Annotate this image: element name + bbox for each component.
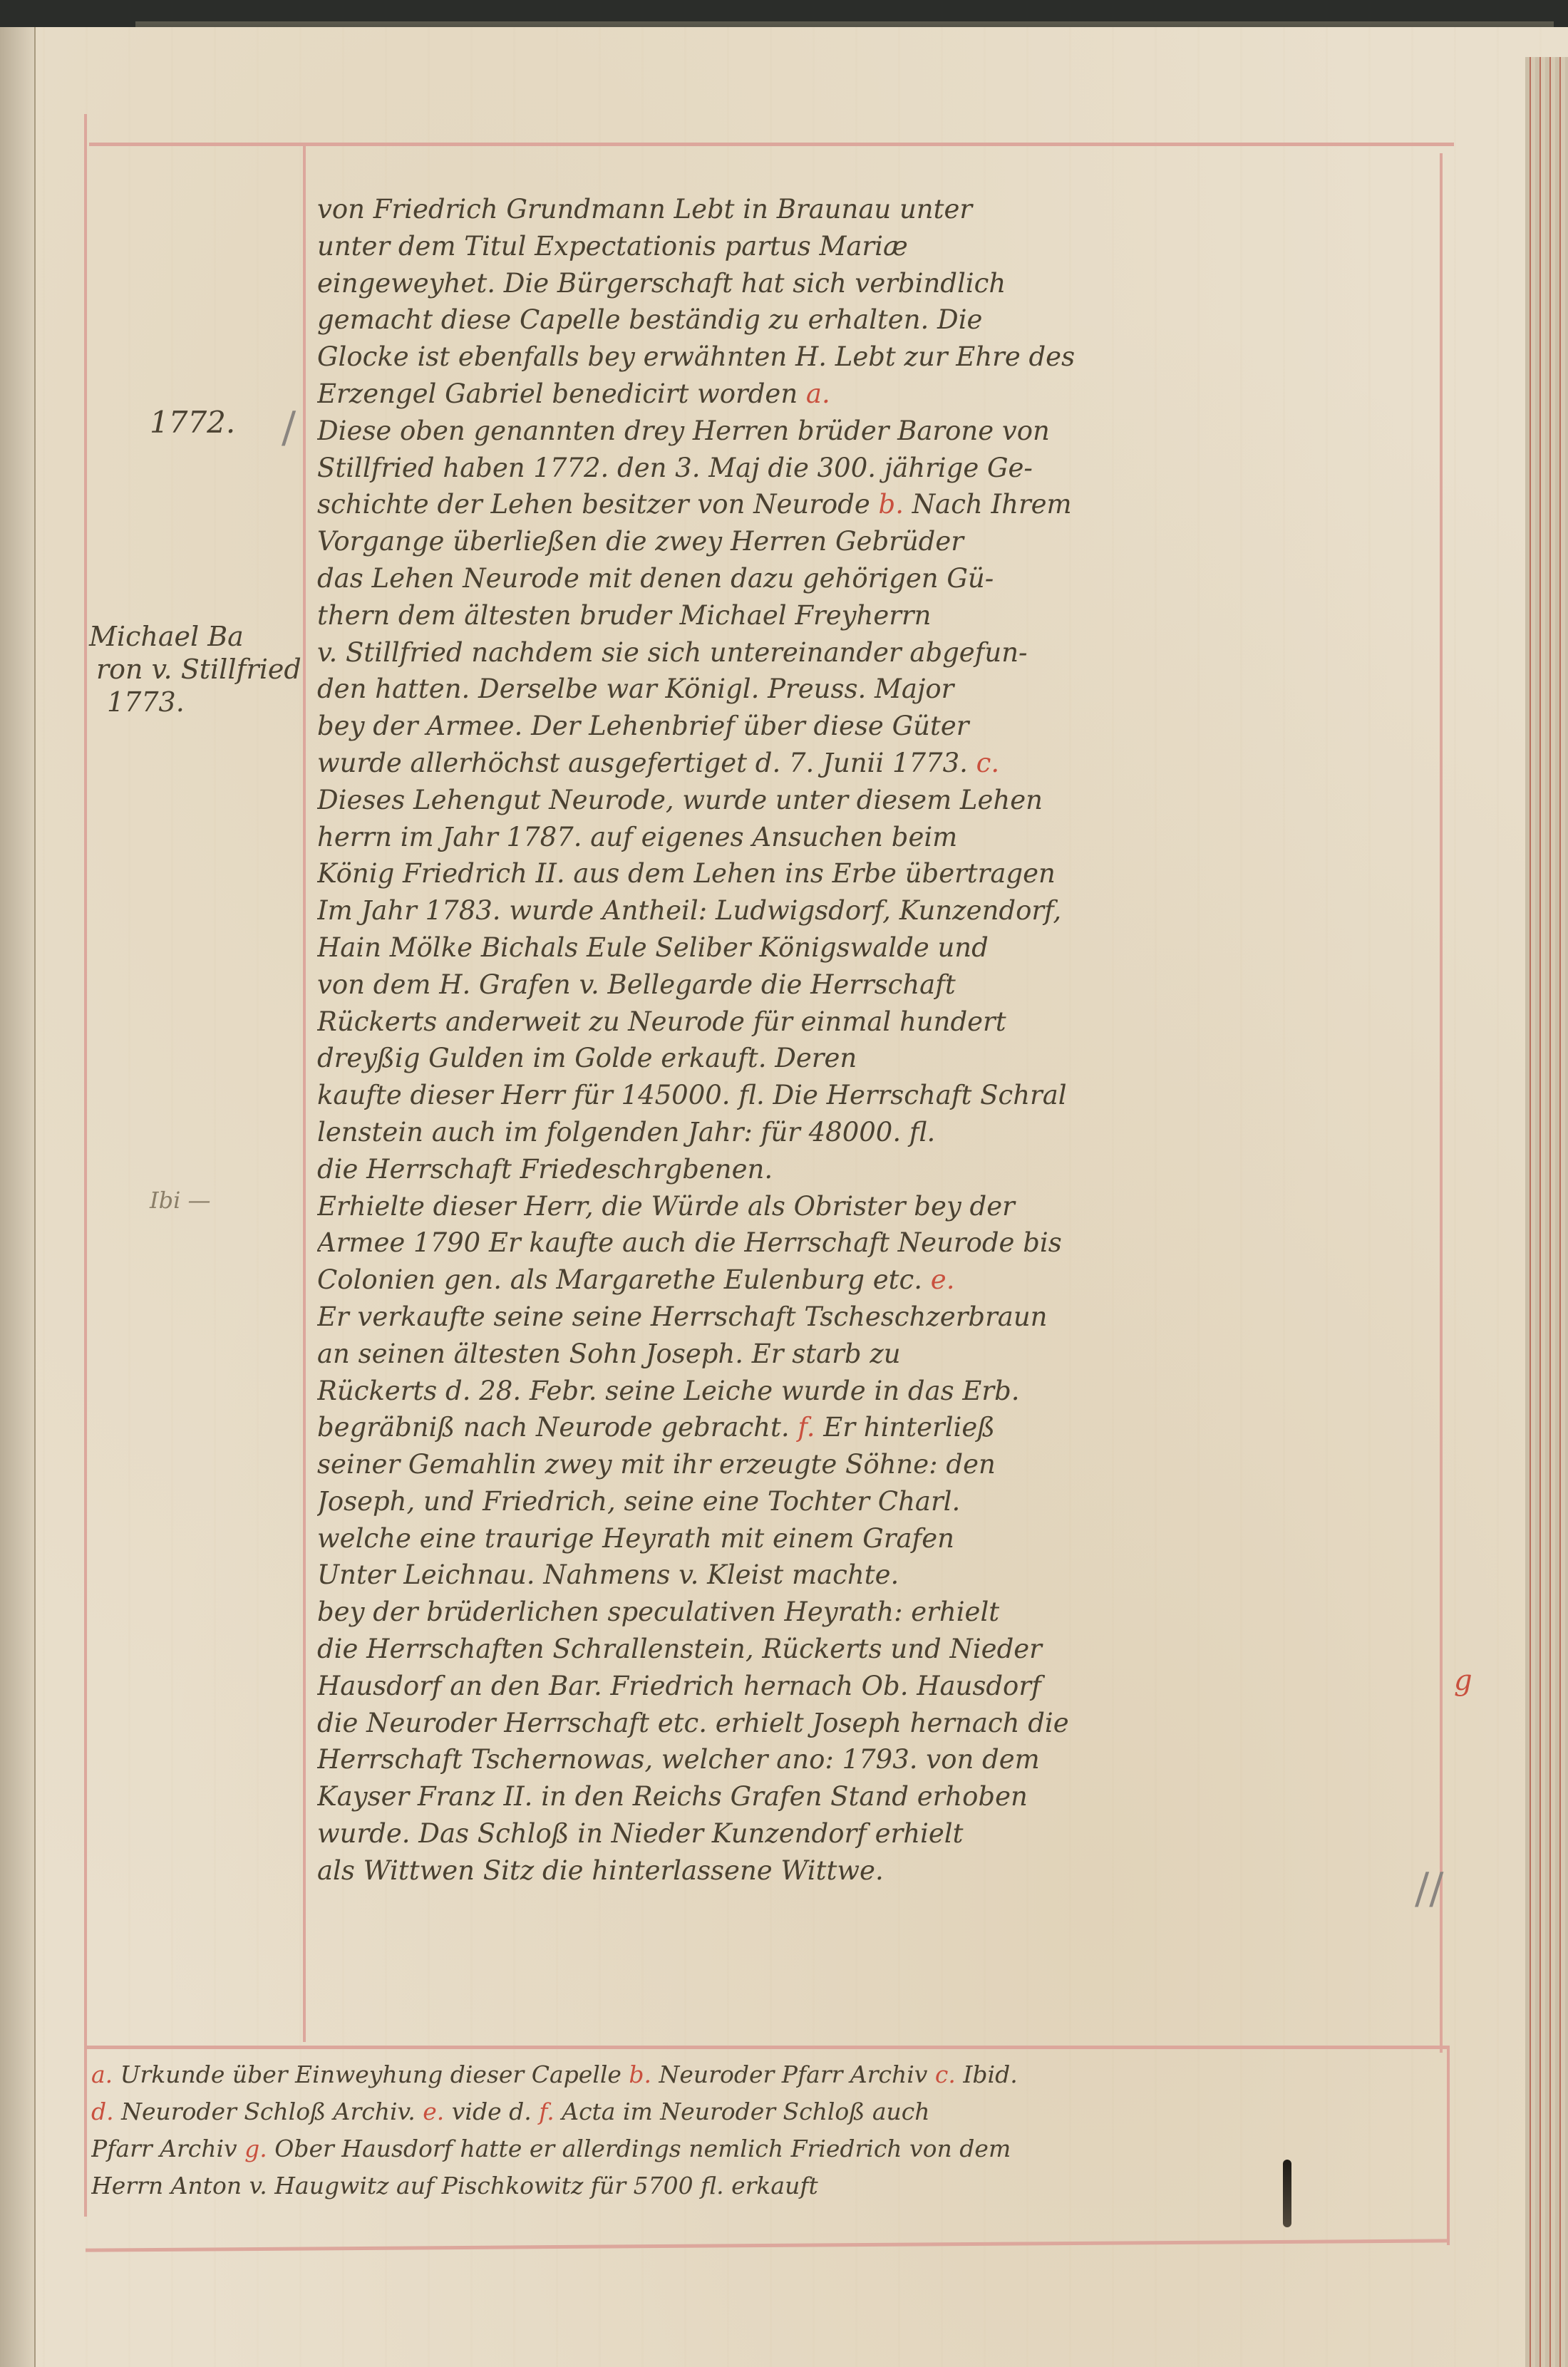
line-text: kaufte dieser Herr für 145000. fl. Die H… xyxy=(317,1080,1067,1110)
footnote-ref-e: e. xyxy=(922,1264,954,1295)
line-text: thern dem ältesten bruder Michael Freyhe… xyxy=(317,600,931,631)
manuscript-line: lenstein auch im folgenden Jahr: für 480… xyxy=(317,1114,1429,1151)
manuscript-line: Diese oben genannten drey Herren brüder … xyxy=(317,413,1429,450)
footnote-text: Herrn Anton v. Haugwitz auf Pischkowitz … xyxy=(91,2172,818,2200)
margin-michael-line-3: 1773. xyxy=(89,686,301,718)
manuscript-line: Rückerts d. 28. Febr. seine Leiche wurde… xyxy=(317,1373,1429,1410)
footnotes-block: a. Urkunde über Einweyhung dieser Capell… xyxy=(91,2056,1431,2204)
manuscript-line: Erhielte dieser Herr, die Würde als Obri… xyxy=(317,1188,1429,1225)
footnote-ref-f: f. xyxy=(790,1412,815,1443)
footnote-line: Herrn Anton v. Haugwitz auf Pischkowitz … xyxy=(91,2167,1431,2204)
line-text: Er verkaufte seine seine Herrschaft Tsch… xyxy=(317,1301,1047,1332)
manuscript-line: Kayser Franz II. in den Reichs Grafen St… xyxy=(317,1778,1429,1815)
manuscript-line: von Friedrich Grundmann Lebt in Braunau … xyxy=(317,191,1429,228)
line-text: wurde. Das Schloß in Nieder Kunzendorf e… xyxy=(317,1818,963,1849)
manuscript-line: wurde allerhöchst ausgefertiget d. 7. Ju… xyxy=(317,745,1429,782)
footnote-text: Neuroder Schloß Archiv. xyxy=(121,2098,423,2125)
manuscript-line: seiner Gemahlin zwey mit ihr erzeugte Sö… xyxy=(317,1446,1429,1483)
left-outer-ruling xyxy=(84,114,87,2217)
line-tail-text: Nach Ihrem xyxy=(904,489,1072,520)
line-text: Diese oben genannten drey Herren brüder … xyxy=(317,416,1050,446)
line-text: seiner Gemahlin zwey mit ihr erzeugte Sö… xyxy=(317,1449,996,1480)
footnote-ref-c: c. xyxy=(968,748,999,778)
footnote-line: a. Urkunde über Einweyhung dieser Capell… xyxy=(91,2056,1431,2093)
manuscript-line: Erzengel Gabriel benedicirt worden a. xyxy=(317,376,1429,413)
line-text: den hatten. Derselbe war Königl. Preuss.… xyxy=(317,674,954,704)
line-text: Hain Mölke Bichals Eule Seliber Königswa… xyxy=(317,932,989,963)
line-text: Im Jahr 1783. wurde Antheil: Ludwigsdorf… xyxy=(317,895,1061,926)
margin-michael-line-2: ron v. Stillfried xyxy=(89,653,301,686)
manuscript-line: eingeweyhet. Die Bürgerschaft hat sich v… xyxy=(317,265,1429,302)
footnote-marker-d: d. xyxy=(91,2098,121,2125)
line-text: Colonien gen. als Margarethe Eulenburg e… xyxy=(317,1264,922,1295)
manuscript-line: dreyßig Gulden im Golde erkauft. Deren xyxy=(317,1040,1429,1077)
footnote-text: Ibid. xyxy=(963,2061,1017,2088)
footnote-text: Urkunde über Einweyhung dieser Capelle xyxy=(120,2061,629,2088)
footnote-ref-a: a. xyxy=(798,378,830,409)
line-text: König Friedrich II. aus dem Lehen ins Er… xyxy=(317,858,1056,889)
line-text: v. Stillfried nachdem sie sich untereina… xyxy=(317,637,1028,668)
line-text: Joseph, und Friedrich, seine eine Tochte… xyxy=(317,1486,960,1517)
line-tail-text: Er hinterließ xyxy=(815,1412,995,1443)
manuscript-line: Im Jahr 1783. wurde Antheil: Ludwigsdorf… xyxy=(317,892,1429,929)
line-text: als Wittwen Sitz die hinterlassene Wittw… xyxy=(317,1855,884,1886)
manuscript-line: bey der Armee. Der Lehenbrief über diese… xyxy=(317,708,1429,745)
line-text: die Herrschaft Friedeschrgbenen. xyxy=(317,1154,773,1185)
manuscript-line: Colonien gen. als Margarethe Eulenburg e… xyxy=(317,1262,1429,1299)
footnote-marker-a: a. xyxy=(91,2061,120,2088)
footnote-marker-g: g. xyxy=(244,2135,274,2162)
manuscript-line: begräbniß nach Neurode gebracht. f. Er h… xyxy=(317,1409,1429,1446)
pencil-slash-mark: / xyxy=(282,403,296,453)
footnote-ref-b: b. xyxy=(870,489,904,520)
top-ruling xyxy=(89,143,1454,146)
line-text: dreyßig Gulden im Golde erkauft. Deren xyxy=(317,1043,857,1073)
line-text: das Lehen Neurode mit denen dazu gehörig… xyxy=(317,563,994,594)
line-text: Dieses Lehengut Neurode, wurde unter die… xyxy=(317,785,1043,815)
manuscript-line: thern dem ältesten bruder Michael Freyhe… xyxy=(317,597,1429,634)
line-text: wurde allerhöchst ausgefertiget d. 7. Ju… xyxy=(317,748,968,778)
right-column-ruling xyxy=(1440,153,1443,2053)
manuscript-line: schichte der Lehen besitzer von Neurode … xyxy=(317,486,1429,523)
manuscript-line: gemacht diese Capelle beständig zu erhal… xyxy=(317,301,1429,339)
footnote-marker-e: e. xyxy=(423,2098,452,2125)
manuscript-line: unter dem Titul Expectationis partus Mar… xyxy=(317,228,1429,265)
right-margin-ref-g: g xyxy=(1454,1664,1472,1697)
manuscript-line: das Lehen Neurode mit denen dazu gehörig… xyxy=(317,560,1429,597)
footnote-text: Pfarr Archiv xyxy=(91,2135,244,2162)
line-text: Erzengel Gabriel benedicirt worden xyxy=(317,378,798,409)
page-fore-edge xyxy=(1525,57,1568,2367)
manuscript-line: Armee 1790 Er kaufte auch die Herrschaft… xyxy=(317,1224,1429,1262)
line-text: Glocke ist ebenfalls bey erwähnten H. Le… xyxy=(317,341,1075,372)
manuscript-line: Vorgange überließen die zwey Herren Gebr… xyxy=(317,523,1429,560)
line-text: von dem H. Grafen v. Bellegarde die Herr… xyxy=(317,969,956,1000)
manuscript-line: als Wittwen Sitz die hinterlassene Wittw… xyxy=(317,1852,1429,1889)
line-text: eingeweyhet. Die Bürgerschaft hat sich v… xyxy=(317,268,1006,299)
manuscript-line: die Neuroder Herrschaft etc. erhielt Jos… xyxy=(317,1705,1429,1742)
manuscript-line: bey der brüderlichen speculativen Heyrat… xyxy=(317,1594,1429,1631)
line-text: Hausdorf an den Bar. Friedrich hernach O… xyxy=(317,1671,1041,1701)
manuscript-line: wurde. Das Schloß in Nieder Kunzendorf e… xyxy=(317,1815,1429,1852)
line-text: bey der Armee. Der Lehenbrief über diese… xyxy=(317,711,969,741)
manuscript-line: Er verkaufte seine seine Herrschaft Tsch… xyxy=(317,1299,1429,1336)
manuscript-line: an seinen ältesten Sohn Joseph. Er starb… xyxy=(317,1336,1429,1373)
manuscript-line: herrn im Jahr 1787. auf eigenes Ansuchen… xyxy=(317,819,1429,856)
line-text: Erhielte dieser Herr, die Würde als Obri… xyxy=(317,1191,1015,1222)
manuscript-line: den hatten. Derselbe war Königl. Preuss.… xyxy=(317,671,1429,708)
manuscript-line: Herrschaft Tschernowas, welcher ano: 179… xyxy=(317,1741,1429,1778)
margin-michael-line-1: Michael Ba xyxy=(89,620,301,653)
footnote-right-ruling xyxy=(1447,2046,1450,2245)
line-text: schichte der Lehen besitzer von Neurode xyxy=(317,489,870,520)
manuscript-line: kaufte dieser Herr für 145000. fl. Die H… xyxy=(317,1077,1429,1114)
line-text: Herrschaft Tschernowas, welcher ano: 179… xyxy=(317,1744,1040,1775)
line-text: Unter Leichnau. Nahmens v. Kleist machte… xyxy=(317,1559,899,1590)
line-text: von Friedrich Grundmann Lebt in Braunau … xyxy=(317,194,972,225)
manuscript-line: Hausdorf an den Bar. Friedrich hernach O… xyxy=(317,1668,1429,1705)
manuscript-line: Glocke ist ebenfalls bey erwähnten H. Le… xyxy=(317,339,1429,376)
ink-blot xyxy=(1283,2160,1291,2227)
manuscript-line: Dieses Lehengut Neurode, wurde unter die… xyxy=(317,782,1429,819)
line-text: Kayser Franz II. in den Reichs Grafen St… xyxy=(317,1781,1028,1812)
manuscript-line: v. Stillfried nachdem sie sich untereina… xyxy=(317,634,1429,671)
manuscript-line: Hain Mölke Bichals Eule Seliber Königswa… xyxy=(317,929,1429,966)
line-text: herrn im Jahr 1787. auf eigenes Ansuchen… xyxy=(317,822,957,852)
margin-dash-note: Ibi — xyxy=(150,1187,211,1214)
footnote-text: vide d. xyxy=(452,2098,539,2125)
manuscript-line: Rückerts anderweit zu Neurode für einmal… xyxy=(317,1004,1429,1041)
line-text: Stillfried haben 1772. den 3. Maj die 30… xyxy=(317,453,1033,483)
manuscript-line: die Herrschaften Schrallenstein, Rückert… xyxy=(317,1631,1429,1668)
line-text: unter dem Titul Expectationis partus Mar… xyxy=(317,231,908,262)
footnote-marker-b: b. xyxy=(629,2061,659,2088)
footnote-line: Pfarr Archiv g. Ober Hausdorf hatte er a… xyxy=(91,2130,1431,2167)
footnote-text: Ober Hausdorf hatte er allerdings nemlic… xyxy=(274,2135,1011,2162)
footnote-top-ruling xyxy=(86,2046,1447,2049)
line-text: begräbniß nach Neurode gebracht. xyxy=(317,1412,790,1443)
footnote-text: Neuroder Pfarr Archiv xyxy=(659,2061,935,2088)
margin-michael-baron: Michael Ba ron v. Stillfried 1773. xyxy=(89,620,301,718)
book-gutter xyxy=(0,27,36,2367)
footnote-marker-c: c. xyxy=(935,2061,963,2088)
manuscript-line: von dem H. Grafen v. Bellegarde die Herr… xyxy=(317,966,1429,1004)
manuscript-line: König Friedrich II. aus dem Lehen ins Er… xyxy=(317,855,1429,892)
manuscript-line: Joseph, und Friedrich, seine eine Tochte… xyxy=(317,1483,1429,1520)
footnote-line: d. Neuroder Schloß Archiv. e. vide d. f.… xyxy=(91,2093,1431,2130)
line-text: Rückerts d. 28. Febr. seine Leiche wurde… xyxy=(317,1376,1020,1406)
line-text: Rückerts anderweit zu Neurode für einmal… xyxy=(317,1006,1006,1037)
line-text: lenstein auch im folgenden Jahr: für 480… xyxy=(317,1117,935,1148)
footnote-marker-f: f. xyxy=(539,2098,562,2125)
margin-column-ruling xyxy=(303,143,306,2042)
line-text: gemacht diese Capelle beständig zu erhal… xyxy=(317,304,982,335)
line-text: die Neuroder Herrschaft etc. erhielt Jos… xyxy=(317,1708,1069,1738)
manuscript-line: Stillfried haben 1772. den 3. Maj die 30… xyxy=(317,450,1429,487)
main-text-block: von Friedrich Grundmann Lebt in Braunau … xyxy=(317,191,1429,1889)
manuscript-line: welche eine traurige Heyrath mit einem G… xyxy=(317,1520,1429,1557)
manuscript-line: Unter Leichnau. Nahmens v. Kleist machte… xyxy=(317,1557,1429,1594)
line-text: an seinen ältesten Sohn Joseph. Er starb… xyxy=(317,1339,901,1369)
margin-year-1772: 1772. xyxy=(150,405,235,440)
line-text: welche eine traurige Heyrath mit einem G… xyxy=(317,1523,954,1554)
line-text: bey der brüderlichen speculativen Heyrat… xyxy=(317,1597,999,1627)
line-text: Armee 1790 Er kaufte auch die Herrschaft… xyxy=(317,1227,1062,1258)
footnote-text: Acta im Neuroder Schloß auch xyxy=(562,2098,929,2125)
line-text: Vorgange überließen die zwey Herren Gebr… xyxy=(317,526,964,557)
line-text: die Herrschaften Schrallenstein, Rückert… xyxy=(317,1634,1042,1664)
manuscript-line: die Herrschaft Friedeschrgbenen. xyxy=(317,1151,1429,1188)
